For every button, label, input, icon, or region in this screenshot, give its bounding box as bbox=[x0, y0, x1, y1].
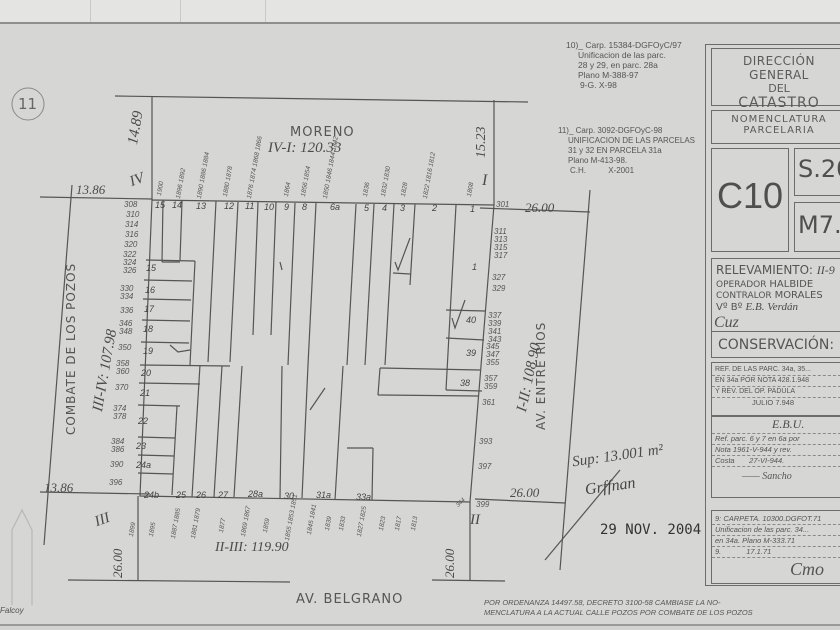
header-line: DEL bbox=[712, 82, 840, 95]
footer-note-line: MENCLATURA A LA ACTUAL CALLE POZOS POR C… bbox=[484, 608, 753, 618]
conservation-label: CONSERVACIÓN: bbox=[718, 337, 834, 353]
note-line: 9-G. X-98 bbox=[566, 80, 682, 90]
lot-label: 17 bbox=[144, 304, 154, 314]
lot-label: 4 bbox=[382, 203, 387, 213]
door-number: 397 bbox=[478, 462, 491, 471]
note-line: Plano M-413-98. bbox=[558, 156, 695, 166]
lot-label: 14 bbox=[172, 200, 182, 210]
conservation-note-line: EN 34a POR NOTA 428.1.948 bbox=[712, 376, 840, 387]
lot-label: 33a bbox=[356, 492, 371, 502]
controller-label: CONTRALOR bbox=[716, 291, 772, 301]
dim-ne-vertical: 15.23 bbox=[474, 127, 490, 159]
conservation-note-line: Ref. parc. 6 y 7 en 6a por bbox=[712, 434, 840, 445]
door-number: 327 bbox=[492, 273, 505, 282]
lot-label: 28a bbox=[248, 489, 263, 499]
dim-nw-horizontal: 13.86 bbox=[76, 182, 105, 198]
vb-row: Vº Bº E.B. Verdán bbox=[716, 301, 798, 313]
door-number: 311 313 315 317 bbox=[494, 228, 508, 260]
lot-label: 38 bbox=[460, 378, 470, 388]
street-south-measure: II-III: 119.90 bbox=[215, 540, 289, 556]
signoff: E.B.U. bbox=[712, 417, 840, 434]
block-box: M7. bbox=[794, 202, 840, 252]
section-box: S.20 bbox=[794, 148, 840, 196]
nomenclature-label: NOMENCLATURA bbox=[712, 114, 840, 125]
lot-label: 24b bbox=[144, 490, 159, 500]
conservation-note-line: Y REV. DEL OP. PADULA bbox=[712, 387, 840, 398]
door-number: 384 386 bbox=[111, 438, 131, 454]
corner-II: II bbox=[470, 512, 480, 529]
lot-label: 15 bbox=[146, 263, 156, 273]
survey-box: RELEVAMIENTO: II-9 OPERADOR HALBIDE CONT… bbox=[711, 258, 840, 358]
conservation-note-line: 9: CARPETA. 10300.DGFOT.71 bbox=[712, 514, 840, 525]
lot-label: 12 bbox=[224, 201, 234, 211]
door-number: 370 bbox=[115, 383, 128, 392]
survey-row: RELEVAMIENTO: II-9 bbox=[716, 263, 835, 278]
dim-sw-vertical: 26.00 bbox=[110, 549, 126, 578]
door-number: 357 359 bbox=[484, 375, 498, 391]
note-line: Unificacion de las parc. bbox=[566, 50, 682, 60]
lot-label: 3 bbox=[400, 203, 405, 213]
date-stamp: 29 NOV. 2004 bbox=[600, 522, 701, 538]
signature-line: —— Sancho bbox=[712, 471, 840, 482]
vb-label: Vº Bº bbox=[716, 302, 742, 313]
door-number: 329 bbox=[492, 284, 505, 293]
lot-label: 8 bbox=[302, 202, 307, 212]
lot-label: 5 bbox=[364, 203, 369, 213]
lot-label: 11 bbox=[245, 201, 254, 211]
lot-label: 27 bbox=[218, 490, 228, 500]
conservation-note-line: en 34a. Plano M-333.71 bbox=[712, 536, 840, 547]
lot-label: 16 bbox=[145, 285, 155, 295]
operator-row: OPERADOR HALBIDE bbox=[716, 279, 813, 290]
conservation-note-line: JULIO 7.948 bbox=[712, 398, 840, 408]
section-value: S.20 bbox=[795, 155, 840, 183]
lot-label: 13 bbox=[196, 201, 206, 211]
note-line: C.H. X-2001 bbox=[558, 166, 695, 176]
conservation-note-line: 9. 17.1.71 bbox=[712, 547, 840, 558]
footer-note: POR ORDENANZA 14497.58, DECRETO 3100-58 … bbox=[484, 598, 753, 618]
door-number: 390 bbox=[110, 460, 123, 469]
vb-value: E.B. Verdán bbox=[746, 301, 798, 313]
footer-note-line: POR ORDENANZA 14497.58, DECRETO 3100-58 … bbox=[484, 598, 753, 608]
title-header-box: DIRECCIÓN GENERAL DEL CATASTRO bbox=[711, 48, 840, 106]
lot-label: 1 bbox=[470, 204, 475, 214]
lot-label: 24a bbox=[136, 460, 151, 470]
lot-label: 22 bbox=[138, 416, 148, 426]
operator-label: OPERADOR bbox=[716, 280, 767, 290]
corner-signature: Falcoy bbox=[0, 606, 24, 616]
lot-label: 9 bbox=[284, 202, 289, 212]
note-line: 28 y 29, en parc. 28a bbox=[566, 60, 682, 70]
door-number: 346 348 bbox=[119, 320, 139, 336]
survey-value: II-9 bbox=[817, 263, 835, 277]
controller-value: MORALES bbox=[775, 290, 823, 301]
conservation-notes-box-2: E.B.U. Ref. parc. 6 y 7 en 6a por Nota 1… bbox=[711, 416, 840, 498]
door-number: 399 bbox=[476, 500, 489, 509]
note-line: UNIFICACION DE LAS PARCELAS bbox=[558, 136, 695, 146]
controller-row: CONTRALOR MORALES bbox=[716, 290, 823, 301]
door-number: 345 347 355 bbox=[486, 343, 500, 367]
door-number: 396 bbox=[109, 478, 122, 487]
door-number: 314 bbox=[125, 220, 138, 229]
block-value: M7. bbox=[795, 211, 840, 239]
conservation-notes-box: REF. DE LAS PARC. 34a, 35... EN 34a POR … bbox=[711, 362, 840, 416]
lot-label: 40 bbox=[466, 315, 476, 325]
signature: Cmo bbox=[790, 559, 824, 580]
operator-value: HALBIDE bbox=[769, 279, 813, 290]
door-number: 393 bbox=[479, 437, 492, 446]
door-number: 330 334 bbox=[120, 285, 140, 301]
door-number: 301 bbox=[496, 200, 509, 209]
door-number: 337 339 341 343 bbox=[488, 312, 502, 344]
dim-se-vertical: 26.00 bbox=[442, 549, 458, 578]
survey-label: RELEVAMIENTO: bbox=[716, 263, 813, 277]
note-line: 31 y 32 EN PARCELA 31a bbox=[558, 146, 695, 156]
dim-se-horizontal: 26.00 bbox=[510, 485, 539, 501]
note-line: 11)_ Carp. 3092-DGFOyC-98 bbox=[558, 126, 695, 136]
door-number: 350 bbox=[118, 343, 131, 352]
door-number: 361 bbox=[482, 398, 495, 407]
door-number: 336 bbox=[120, 306, 133, 315]
lot-label: 15 bbox=[155, 200, 165, 210]
lot-label: 26 bbox=[196, 490, 206, 500]
lot-label: 39 bbox=[466, 348, 476, 358]
dim-sw-horizontal: 13.86 bbox=[44, 480, 73, 496]
door-number: 326 bbox=[123, 266, 136, 275]
header-line: DIRECCIÓN GENERAL bbox=[712, 54, 840, 82]
annotation-note-10: 10)_ Carp. 15384-DGFOyC/97 Unificacion d… bbox=[566, 40, 682, 90]
lot-label: 20 bbox=[141, 368, 151, 378]
lot-label: 6a bbox=[330, 202, 340, 212]
street-west-name: COMBATE DE LOS POZOS bbox=[64, 263, 78, 435]
nomenclature-label: PARCELARIA bbox=[712, 125, 840, 136]
lot-label: 31a bbox=[316, 490, 331, 500]
conservation-notes-box-3: 9: CARPETA. 10300.DGFOT.71 Unificacion d… bbox=[711, 510, 840, 584]
door-number: 374 378 bbox=[113, 405, 133, 421]
lot-label: 21 bbox=[140, 388, 150, 398]
divider bbox=[712, 331, 840, 332]
street-south-name: AV. BELGRANO bbox=[296, 592, 403, 607]
conservation-note-line: Unificacion de las parc. 34... bbox=[712, 525, 840, 536]
note-line: 10)_ Carp. 15384-DGFOyC/97 bbox=[566, 40, 682, 50]
lot-label: 2 bbox=[432, 203, 437, 213]
lot-label: 19 bbox=[143, 346, 153, 356]
conservation-note-line: Costa 27-VI-944. bbox=[712, 456, 840, 467]
door-number: 316 bbox=[125, 230, 138, 239]
header-line: CATASTRO bbox=[712, 95, 840, 111]
handwritten-initials: Cuz bbox=[714, 314, 739, 332]
door-number: 320 bbox=[124, 240, 137, 249]
circ-value: C10 bbox=[712, 175, 788, 217]
conservation-note-line: REF. DE LAS PARC. 34a, 35... bbox=[712, 365, 840, 376]
lot-label: 25 bbox=[176, 490, 186, 500]
sheet-number: 11 bbox=[18, 95, 37, 113]
conservation-note-line: Nota 1961-V-944 y rev. bbox=[712, 445, 840, 456]
annotation-note-11: 11)_ Carp. 3092-DGFOyC-98 UNIFICACION DE… bbox=[558, 126, 695, 176]
street-north-name: MORENO bbox=[290, 125, 355, 140]
note-line: Plano M-388-97 bbox=[566, 70, 682, 80]
door-number: 358 360 bbox=[116, 360, 136, 376]
corner-I: I bbox=[482, 172, 487, 190]
lot-label: 10 bbox=[264, 202, 274, 212]
door-number: 310 bbox=[126, 210, 139, 219]
circ-box: C10 bbox=[711, 148, 789, 252]
dim-ne-horizontal: 26.00 bbox=[525, 200, 554, 216]
nomenclature-box: NOMENCLATURA PARCELARIA bbox=[711, 110, 840, 144]
door-number: 308 bbox=[124, 200, 137, 209]
lot-label: 1 bbox=[472, 262, 477, 272]
lot-label: 23 bbox=[136, 441, 146, 451]
lot-label: 18 bbox=[143, 324, 153, 334]
